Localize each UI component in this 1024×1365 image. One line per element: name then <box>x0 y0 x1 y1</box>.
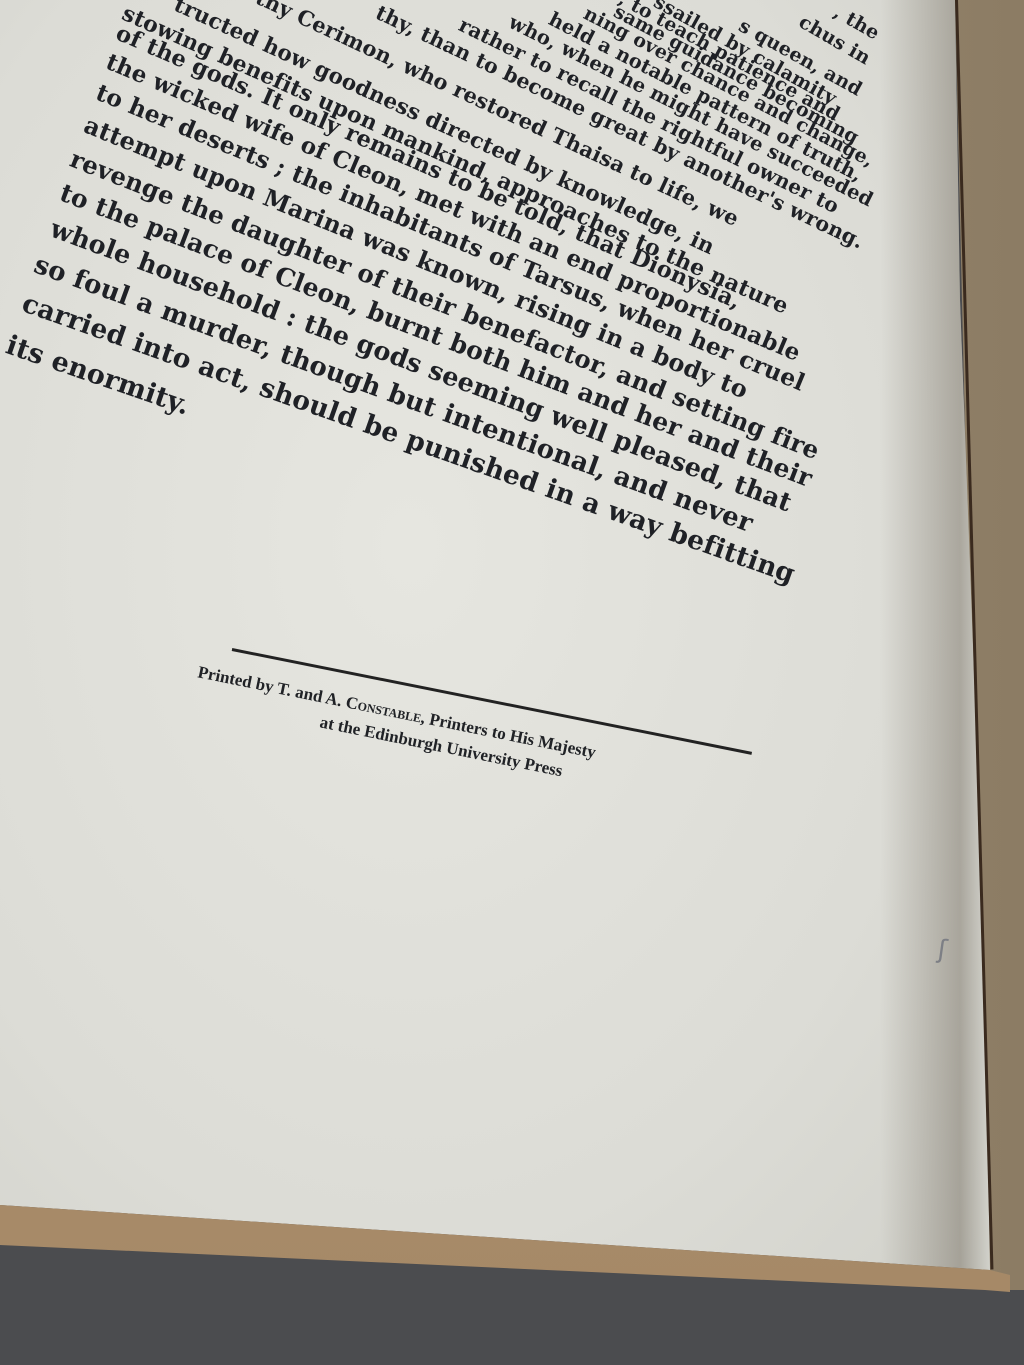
photo-scene: , the chus in s queen, and ssailed by ca… <box>0 0 1024 1365</box>
